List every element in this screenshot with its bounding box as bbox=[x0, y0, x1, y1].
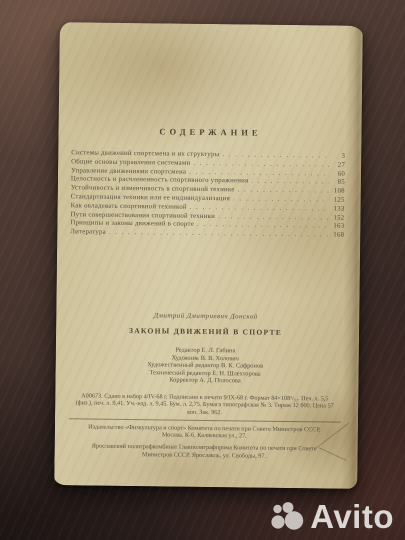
table-of-contents: СОДЕРЖАНИЕ Системы движений спортсмена и… bbox=[70, 125, 345, 240]
toc-entry-page: 85 bbox=[332, 179, 345, 188]
avito-watermark: Avito bbox=[270, 500, 394, 533]
toc-entry-page: 152 bbox=[331, 214, 344, 223]
toc-entry-page: 3 bbox=[332, 153, 345, 162]
toc-entry-page: 108 bbox=[332, 188, 345, 197]
avito-wordmark: Avito bbox=[310, 500, 394, 533]
toc-entry-page: 133 bbox=[332, 205, 345, 214]
colophon: Дмитрий Дмитриевич Донской ЗАКОНЫ ДВИЖЕН… bbox=[68, 311, 343, 460]
book-page: СОДЕРЖАНИЕ Системы движений спортсмена и… bbox=[54, 22, 363, 489]
avito-logo-icon bbox=[270, 502, 304, 531]
toc-entry-page: 163 bbox=[331, 223, 344, 232]
author-name: Дмитрий Дмитриевич Донской bbox=[69, 311, 342, 321]
imprint-divider bbox=[68, 418, 340, 422]
imprint-data: А00673. Сдано в набор 4/IV-68 г. Подписа… bbox=[74, 392, 336, 417]
toc-entry-page: 168 bbox=[331, 232, 344, 241]
dot-leader bbox=[109, 229, 328, 240]
photo-background: СОДЕРЖАНИЕ Системы движений спортсмена и… bbox=[0, 0, 405, 540]
toc-entry-page: 60 bbox=[332, 170, 345, 179]
toc-entry-label: Литература bbox=[70, 228, 106, 237]
credits-block: Редактор Е. Л. Габина Художник В. В. Хол… bbox=[68, 345, 341, 386]
printer-info: Ярославский полиграфкомбинат Главполигра… bbox=[79, 443, 329, 461]
toc-entry-page: 125 bbox=[332, 196, 345, 205]
publisher-info: Издательство «Физкультура и спорт» Комит… bbox=[79, 423, 329, 441]
contents-title: СОДЕРЖАНИЕ bbox=[71, 125, 345, 138]
toc-entry-page: 27 bbox=[332, 161, 345, 170]
book-title: ЗАКОНЫ ДВИЖЕНИЙ В СПОРТЕ bbox=[69, 325, 342, 337]
